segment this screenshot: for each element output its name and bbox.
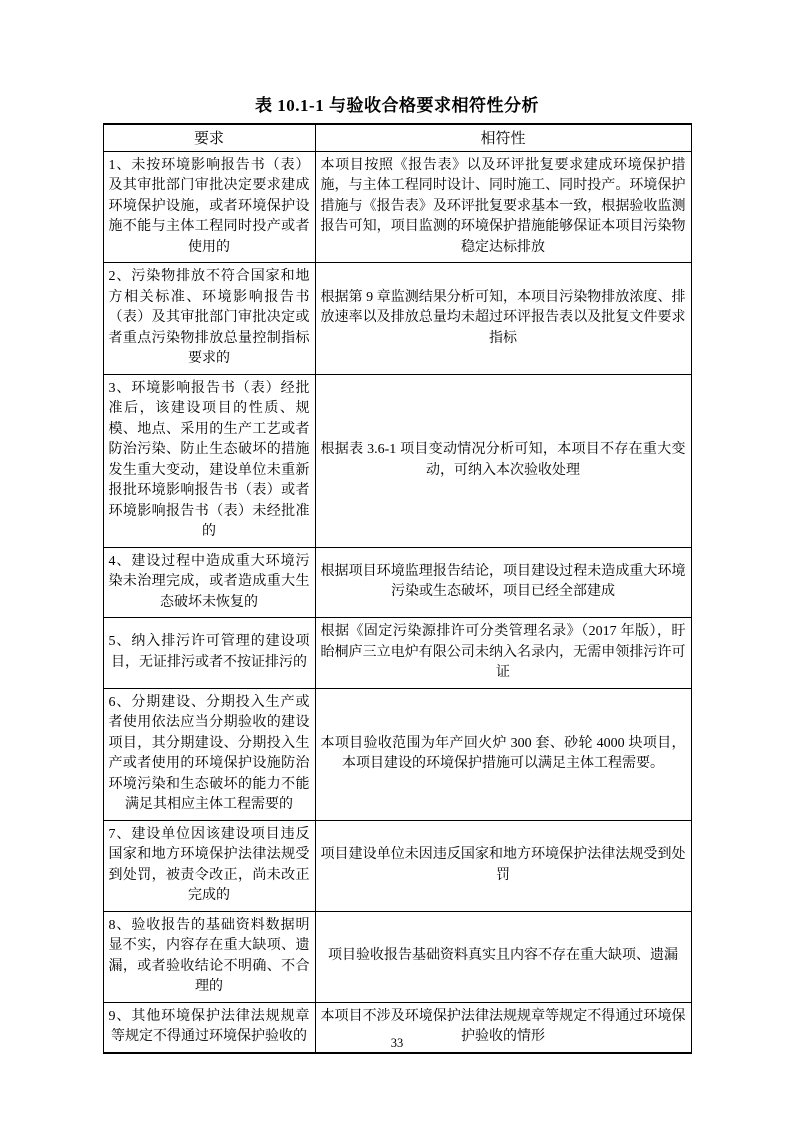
compliance-cell: 项目建设单位未因违反国家和地方环境保护法律法规受到处罚 bbox=[315, 820, 691, 911]
compliance-cell: 根据第 9 章监测结果分析可知，本项目污染物排放浓度、排放速率以及排放总量均未超… bbox=[315, 263, 691, 375]
table-title: 表 10.1-1 与验收合格要求相符性分析 bbox=[0, 0, 794, 116]
compliance-cell: 本项目按照《报告表》以及环评批复要求建成环境保护措施，与主体工程同时设计、同时施… bbox=[315, 151, 691, 263]
table-header-row: 要求 相符性 bbox=[103, 124, 691, 151]
requirement-cell: 2、污染物排放不符合国家和地方相关标准、环境影响报告书（表）及其审批部门审批决定… bbox=[103, 263, 315, 375]
requirement-cell: 6、分期建设、分期投入生产或者使用依法应当分期验收的建设项目，其分期建设、分期投… bbox=[103, 688, 315, 820]
requirement-cell: 1、未按环境影响报告书（表）及其审批部门审批决定要求建成环境保护设施，或者环境保… bbox=[103, 151, 315, 263]
table-row: 4、建设过程中造成重大环境污染未治理完成，或者造成重大生态破坏未恢复的 根据项目… bbox=[103, 547, 691, 618]
table-row: 5、纳入排污许可管理的建设项目，无证排污或者不按证排污的 根据《固定污染源排许可… bbox=[103, 618, 691, 689]
compliance-cell: 根据《固定污染源排许可分类管理名录》（2017 年版），盱眙桐庐三立电炉有限公司… bbox=[315, 618, 691, 689]
compliance-cell: 根据表 3.6-1 项目变动情况分析可知，本项目不存在重大变动，可纳入本次验收处… bbox=[315, 374, 691, 547]
header-compliance: 相符性 bbox=[315, 124, 691, 151]
requirement-cell: 3、环境影响报告书（表）经批准后，该建设项目的性质、规模、地点、采用的生产工艺或… bbox=[103, 374, 315, 547]
compliance-table: 要求 相符性 1、未按环境影响报告书（表）及其审批部门审批决定要求建成环境保护设… bbox=[103, 123, 692, 1054]
document-page: 表 10.1-1 与验收合格要求相符性分析 要求 相符性 1、未按环境影响报告书… bbox=[0, 0, 794, 1123]
header-requirement: 要求 bbox=[103, 124, 315, 151]
requirement-cell: 5、纳入排污许可管理的建设项目，无证排污或者不按证排污的 bbox=[103, 618, 315, 689]
compliance-cell: 本项目验收范围为年产回火炉 300 套、砂轮 4000 块项目，本项目建设的环境… bbox=[315, 688, 691, 820]
table-row: 3、环境影响报告书（表）经批准后，该建设项目的性质、规模、地点、采用的生产工艺或… bbox=[103, 374, 691, 547]
table-row: 7、建设单位因该建设项目违反国家和地方环境保护法律法规受到处罚，被责令改正，尚未… bbox=[103, 820, 691, 911]
requirement-cell: 8、验收报告的基础资料数据明显不实，内容存在重大缺项、遗漏，或者验收结论不明确、… bbox=[103, 911, 315, 1002]
compliance-cell: 根据项目环境监理报告结论，项目建设过程未造成重大环境污染或生态破坏，项目已经全部… bbox=[315, 547, 691, 618]
requirement-cell: 4、建设过程中造成重大环境污染未治理完成，或者造成重大生态破坏未恢复的 bbox=[103, 547, 315, 618]
table-row: 6、分期建设、分期投入生产或者使用依法应当分期验收的建设项目，其分期建设、分期投… bbox=[103, 688, 691, 820]
table-row: 1、未按环境影响报告书（表）及其审批部门审批决定要求建成环境保护设施，或者环境保… bbox=[103, 151, 691, 263]
compliance-cell: 项目验收报告基础资料真实且内容不存在重大缺项、遗漏 bbox=[315, 911, 691, 1002]
page-number: 33 bbox=[0, 1036, 794, 1051]
table-row: 2、污染物排放不符合国家和地方相关标准、环境影响报告书（表）及其审批部门审批决定… bbox=[103, 263, 691, 375]
table-row: 8、验收报告的基础资料数据明显不实，内容存在重大缺项、遗漏，或者验收结论不明确、… bbox=[103, 911, 691, 1002]
requirement-cell: 7、建设单位因该建设项目违反国家和地方环境保护法律法规受到处罚，被责令改正，尚未… bbox=[103, 820, 315, 911]
